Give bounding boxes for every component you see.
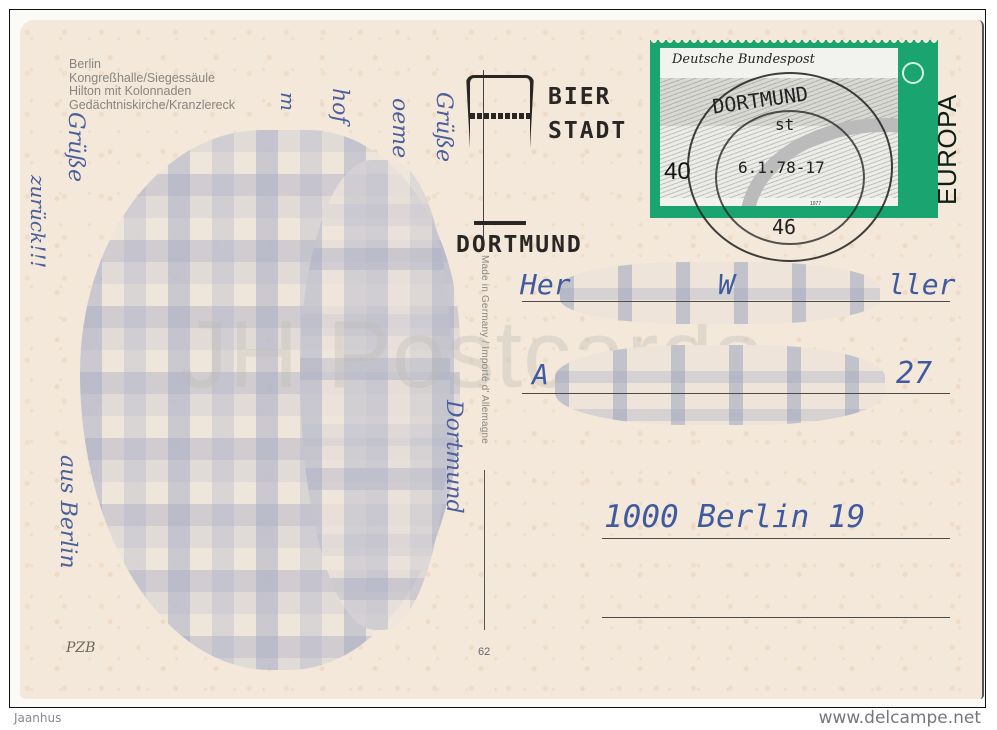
address-line1-end: ller (888, 268, 955, 301)
slogan-line: STADT (548, 118, 627, 144)
address-line2-start: A (532, 358, 549, 391)
address-line1-mid: W (718, 268, 735, 301)
card-number: 62 (478, 646, 490, 658)
handwritten-text: oeme (387, 98, 412, 158)
beer-foam-line (470, 113, 532, 119)
postmark-date: 6.1.78-17 (738, 158, 825, 177)
address-line2-end: 27 (896, 356, 932, 391)
address-line1-start: Her (520, 268, 571, 301)
seller-name: Jaanhus (14, 711, 61, 725)
slogan-line: BIER (548, 84, 611, 110)
handwritten-text: Grüße (431, 92, 456, 162)
address-line3: 1000 Berlin 19 (604, 499, 865, 535)
stamp-issuer: Deutsche Bundespost (672, 52, 815, 67)
handwritten-greeting: zurück!!! (26, 175, 50, 268)
stamp-series: EUROPA (932, 94, 963, 205)
caption-line: Berlin (69, 58, 235, 72)
site-link[interactable]: www.delcampe.net (819, 708, 981, 728)
caption-line: Gedächtniskirche/Kranzlereck (69, 99, 235, 113)
pixelated-address-censor (555, 345, 885, 425)
made-in-germany-text: Made in Germany / Importé d' Allemagne (479, 255, 490, 444)
address-line-3 (602, 538, 950, 539)
publisher-logo: PZB (66, 640, 95, 656)
address-line-1 (522, 301, 950, 302)
address-line-4 (602, 617, 950, 618)
slogan-city: DORTMUND (456, 232, 583, 258)
handwritten-text: Dortmund (441, 400, 466, 514)
caption-line: Hilton mit Kolonnaden (69, 85, 235, 99)
address-line-2 (522, 393, 950, 394)
postmark-code: st (775, 115, 794, 134)
handwritten-greeting: aus Berlin (55, 455, 80, 569)
caption-line: Kongreßhalle/Siegessäule (69, 72, 235, 86)
cept-europa-logo-icon (902, 62, 924, 84)
handwritten-greeting: Grüße (63, 112, 88, 182)
picture-caption: Berlin Kongreßhalle/Siegessäule Hilton m… (69, 58, 235, 112)
handwritten-text: hof (327, 88, 352, 124)
beer-glass-icon (466, 75, 534, 225)
divider-line (484, 470, 485, 630)
postmark-district: 46 (772, 215, 796, 239)
handwritten-text: m (276, 92, 300, 111)
